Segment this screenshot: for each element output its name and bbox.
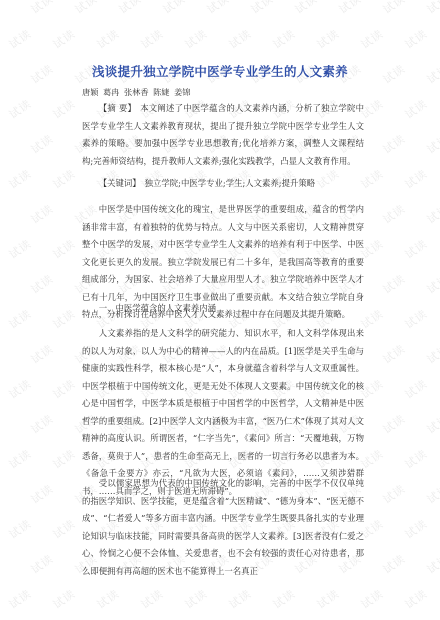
abstract-label: 【摘 要】 bbox=[99, 103, 136, 113]
document-page: 浅谈提升独立学院中医学专业学生的人文素养 唐颖 葛冉 张林香 陈婕 姜锦 【摘 … bbox=[0, 0, 440, 620]
section-paragraph-1: 人文素养指的是人文科学的研究能力、知识水平，和人文科学体现出来的以人为对象、以人… bbox=[82, 325, 364, 500]
abstract: 【摘 要】本文阐述了中医学蕴含的人文素养内涵，分析了独立学院中医学专业学生人文素… bbox=[82, 100, 364, 170]
section-heading: 一、中医学蕴含的人文素养内涵 bbox=[82, 302, 216, 314]
section-paragraph-2: 受以儒家思想为代表的中国传统文化的影响，完善的中医学不仅仅单纯的指医学知识、医学… bbox=[82, 475, 364, 580]
keywords-text: 独立学院;中医学专业;学生;人文素养;提升策略 bbox=[145, 178, 315, 188]
document-title: 浅谈提升独立学院中医学专业学生的人文素养 bbox=[0, 62, 440, 80]
keywords-label: 【关键词】 bbox=[99, 178, 141, 188]
author-list: 唐颖 葛冉 张林香 陈婕 姜锦 bbox=[82, 87, 190, 98]
keywords: 【关键词】独立学院;中医学专业;学生;人文素养;提升策略 bbox=[82, 175, 364, 193]
